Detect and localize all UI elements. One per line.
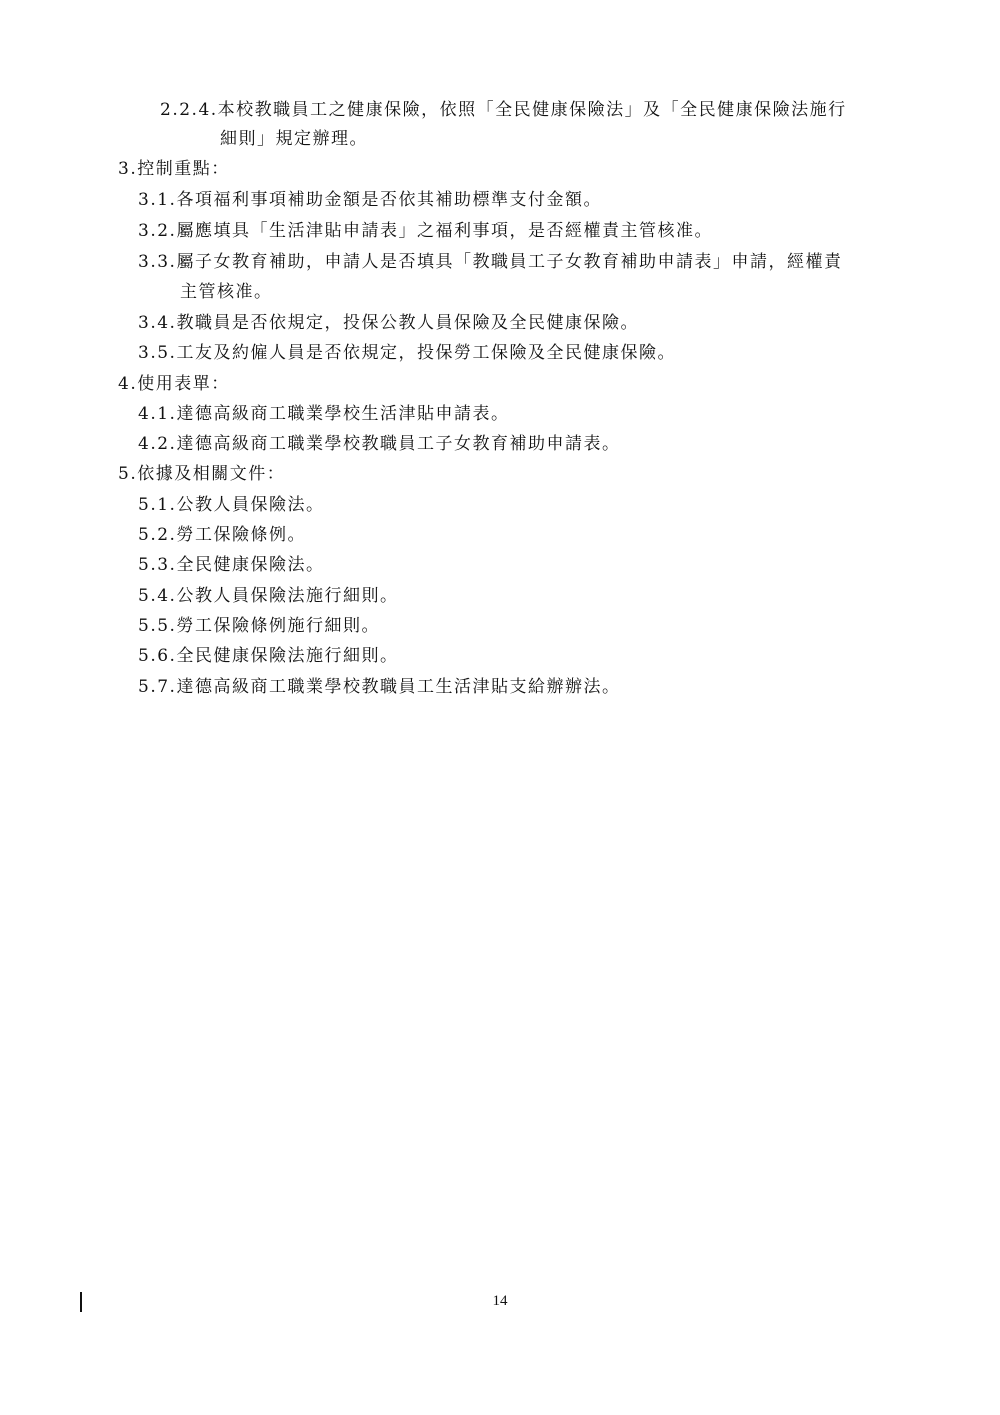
clause-4-1: 4.1.達德高級商工職業學校生活津貼申請表。	[138, 402, 509, 426]
clause-2-2-4: 2.2.4.本校教職員工之健康保險，依照「全民健康保險法」及「全民健康保險法施行	[160, 98, 847, 122]
clause-5-1: 5.1.公教人員保險法。	[138, 493, 324, 517]
clause-3-5: 3.5.工友及約僱人員是否依規定，投保勞工保險及全民健康保險。	[138, 341, 676, 365]
clause-5-7: 5.7.達德高級商工職業學校教職員工生活津貼支給辦辦法。	[138, 675, 620, 699]
section-3-heading: 3.控制重點：	[118, 157, 230, 181]
clause-5-5: 5.5.勞工保險條例施行細則。	[138, 614, 380, 638]
clause-4-2: 4.2.達德高級商工職業學校教職員工子女教育補助申請表。	[138, 432, 620, 456]
page-number: 14	[480, 1293, 520, 1310]
clause-2-2-4-continuation: 細則」規定辦理。	[220, 127, 368, 151]
revision-margin-bar	[80, 1292, 82, 1312]
clause-3-4: 3.4.教職員是否依規定，投保公教人員保險及全民健康保險。	[138, 311, 639, 335]
clause-5-6: 5.6.全民健康保險法施行細則。	[138, 644, 398, 668]
section-5-heading: 5.依據及相關文件：	[118, 462, 285, 486]
clause-3-3: 3.3.屬子女教育補助，申請人是否填具「教職員工子女教育補助申請表」申請，經權責	[138, 250, 842, 274]
clause-3-3-continuation: 主管核准。	[180, 280, 273, 304]
section-4-heading: 4.使用表單：	[118, 372, 230, 396]
clause-5-4: 5.4.公教人員保險法施行細則。	[138, 584, 398, 608]
clause-5-3: 5.3.全民健康保險法。	[138, 553, 324, 577]
clause-3-1: 3.1.各項福利事項補助金額是否依其補助標準支付金額。	[138, 188, 602, 212]
clause-3-2: 3.2.屬應填具「生活津貼申請表」之福利事項，是否經權責主管核准。	[138, 219, 713, 243]
clause-5-2: 5.2.勞工保險條例。	[138, 523, 306, 547]
